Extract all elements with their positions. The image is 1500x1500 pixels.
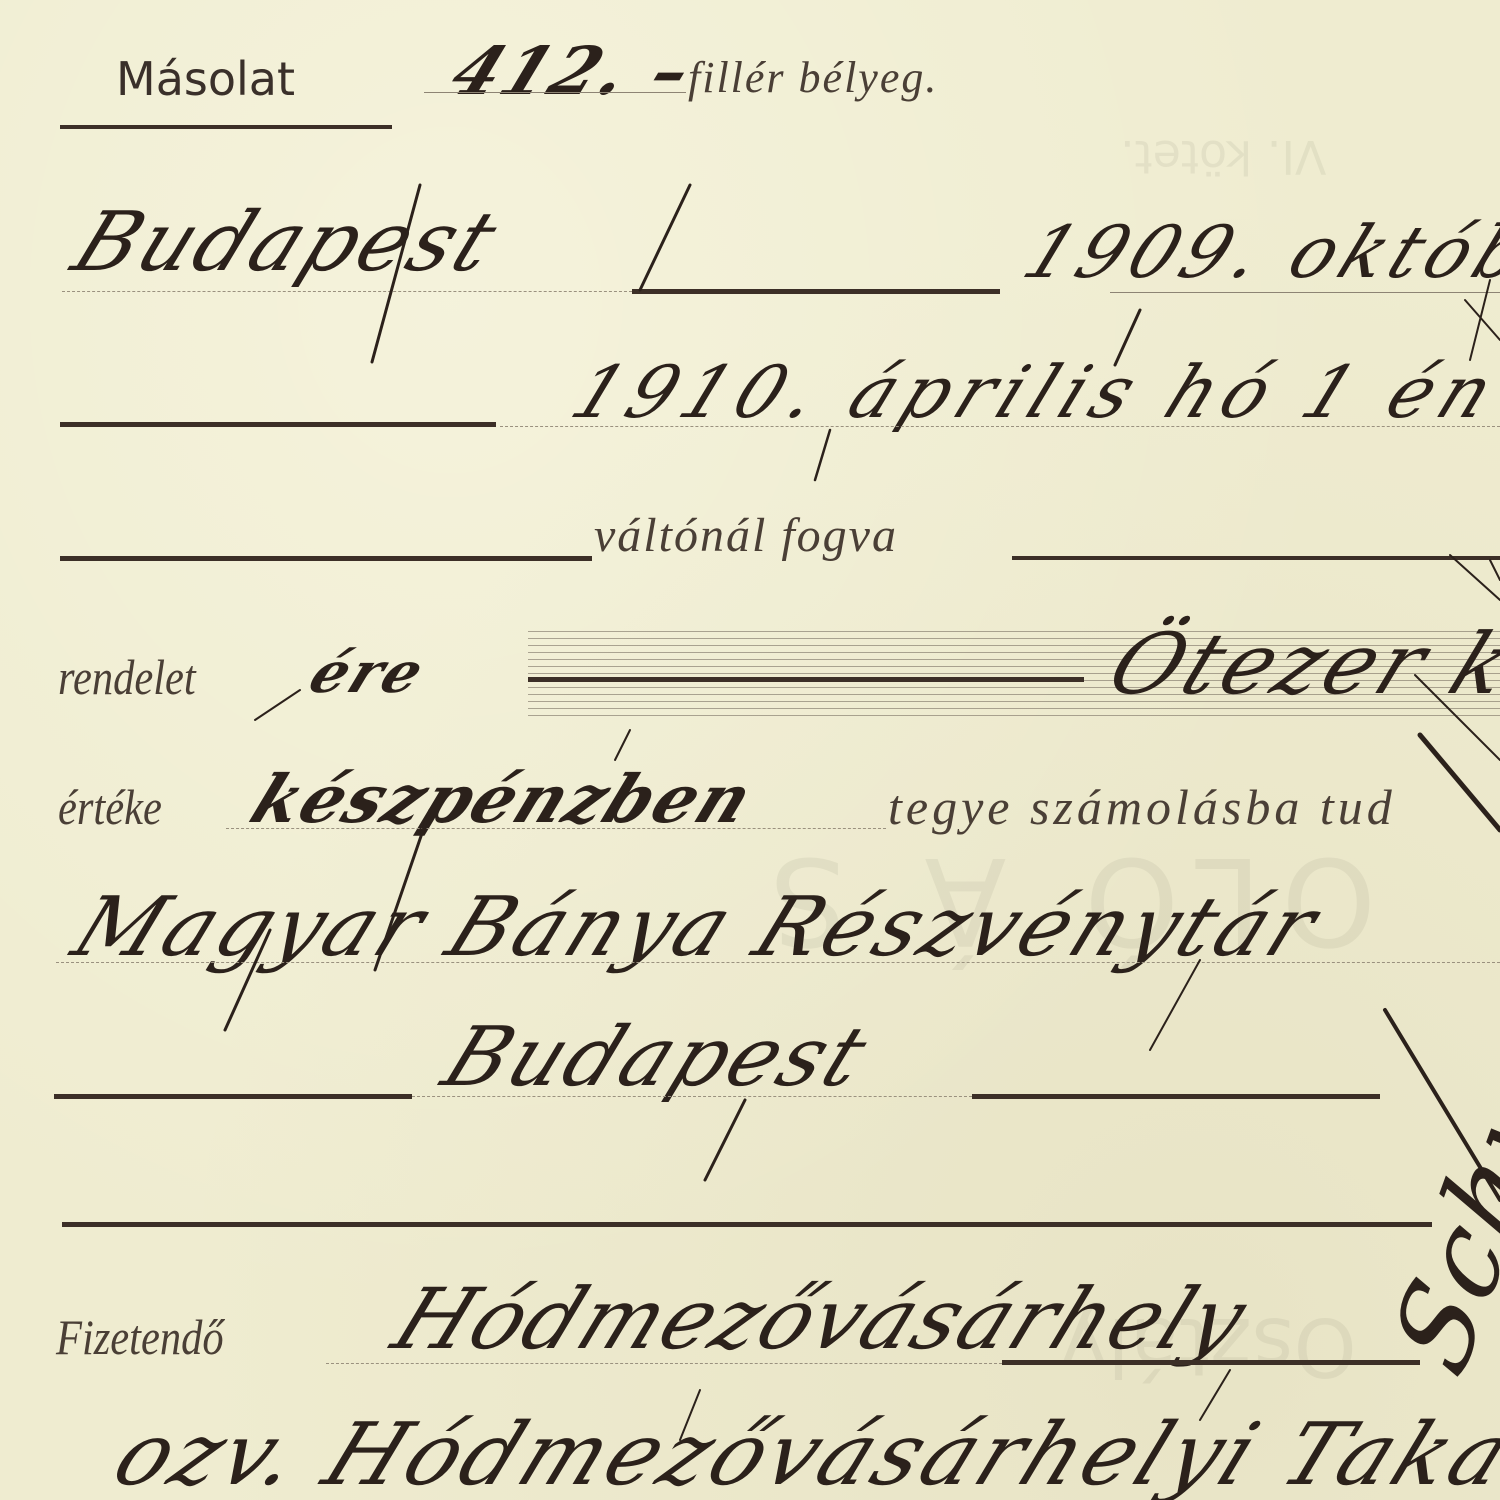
ink-flourishes xyxy=(0,0,1500,1500)
